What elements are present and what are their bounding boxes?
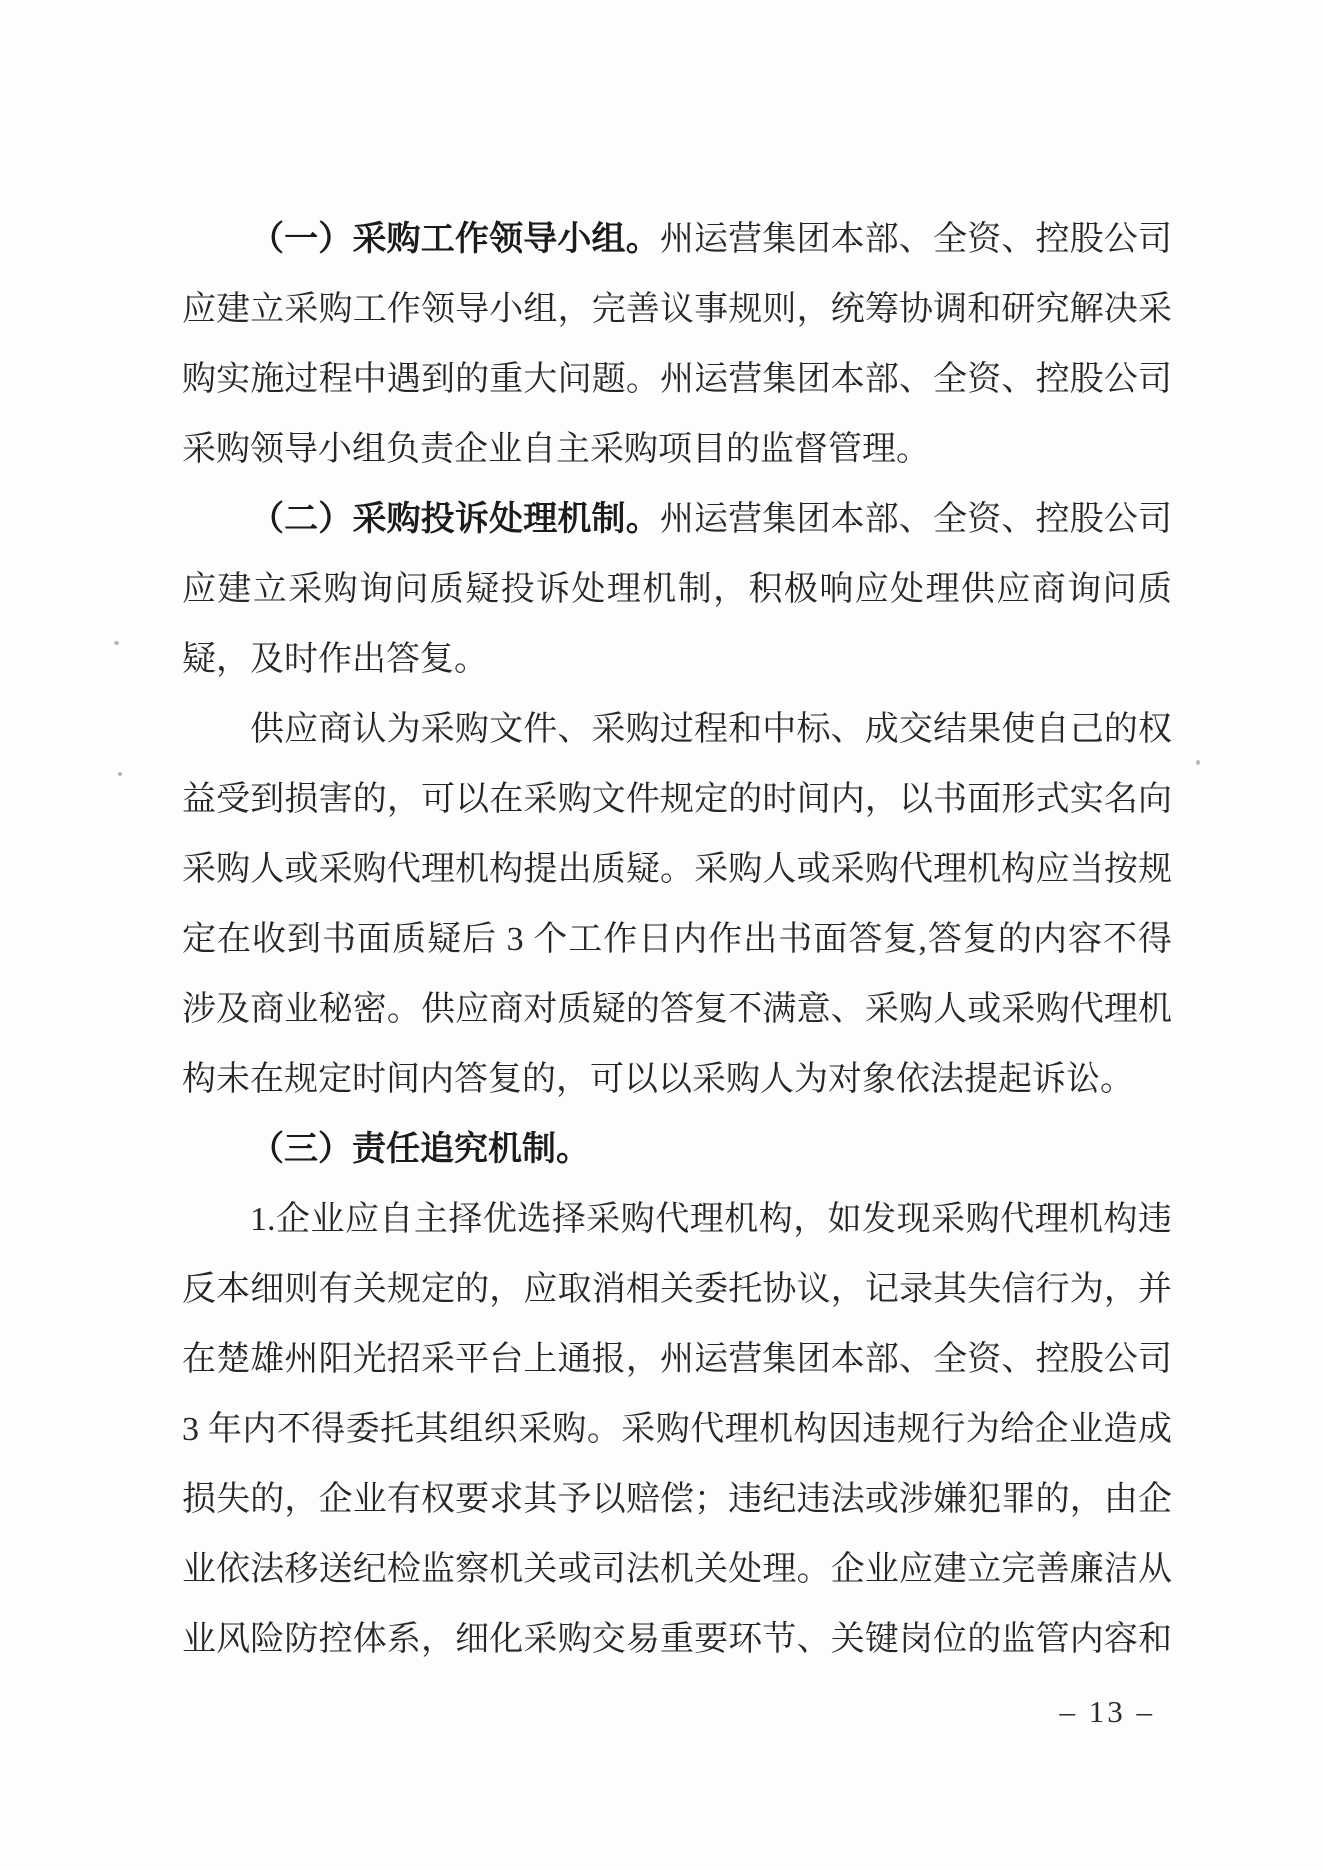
text-line: 业风险防控体系，细化采购交易重要环节、关键岗位的监管内容和 <box>182 1605 1172 1675</box>
text-line: 疑，及时作出答复。 <box>182 625 1172 695</box>
body-text-run: 业风险防控体系，细化采购交易重要环节、关键岗位的监管内容和 <box>182 1621 1172 1658</box>
body-text-run: 采购人或采购代理机构提出质疑。采购人或采购代理机构应当按规 <box>182 851 1172 888</box>
text-line: 益受到损害的，可以在采购文件规定的时间内，以书面形式实名向 <box>182 765 1172 835</box>
text-line: （二）采购投诉处理机制。州运营集团本部、全资、控股公司 <box>182 485 1172 555</box>
text-line: 应建立采购工作领导小组，完善议事规则，统筹协调和研究解决采 <box>182 275 1172 345</box>
text-line: 3 年内不得委托其组织采购。采购代理机构因违规行为给企业造成 <box>182 1395 1172 1465</box>
body-text-run: 应建立采购询问质疑投诉处理机制，积极响应处理供应商询问质 <box>182 571 1172 608</box>
body-text-run: 构未在规定时间内答复的，可以以采购人为对象依法提起诉讼。 <box>182 1061 1134 1098</box>
section-heading-run: （一）采购工作领导小组。 <box>250 221 660 258</box>
body-text-run: 州运营集团本部、全资、控股公司 <box>660 221 1172 258</box>
body-text-run: 涉及商业秘密。供应商对质疑的答复不满意、采购人或采购代理机 <box>182 991 1172 1028</box>
body-text-run: 业依法移送纪检监察机关或司法机关处理。企业应建立完善廉洁从 <box>182 1551 1172 1588</box>
body-text-run: 州运营集团本部、全资、控股公司 <box>660 501 1172 538</box>
scan-speck <box>1196 760 1200 765</box>
text-line: 反本细则有关规定的，应取消相关委托协议，记录其失信行为，并 <box>182 1255 1172 1325</box>
text-line: 构未在规定时间内答复的，可以以采购人为对象依法提起诉讼。 <box>182 1045 1172 1115</box>
body-text-run: 1.企业应自主择优选择采购代理机构，如发现采购代理机构违 <box>250 1201 1172 1238</box>
text-line: （一）采购工作领导小组。州运营集团本部、全资、控股公司 <box>182 205 1172 275</box>
text-line: 业依法移送纪检监察机关或司法机关处理。企业应建立完善廉洁从 <box>182 1535 1172 1605</box>
section-heading-run: （三）责任追究机制。 <box>250 1131 590 1168</box>
text-line: 购实施过程中遇到的重大问题。州运营集团本部、全资、控股公司 <box>182 345 1172 415</box>
text-line: 在楚雄州阳光招采平台上通报，州运营集团本部、全资、控股公司 <box>182 1325 1172 1395</box>
text-line: 1.企业应自主择优选择采购代理机构，如发现采购代理机构违 <box>182 1185 1172 1255</box>
scan-speck <box>114 641 119 645</box>
body-text-run: 3 年内不得委托其组织采购。采购代理机构因违规行为给企业造成 <box>182 1411 1172 1448</box>
scan-speck <box>118 772 122 776</box>
text-line: 定在收到书面质疑后 3 个工作日内作出书面答复,答复的内容不得 <box>182 905 1172 975</box>
page-number: – 13 – <box>1060 1692 1156 1732</box>
body-text-run: 采购领导小组负责企业自主采购项目的监督管理。 <box>182 431 930 468</box>
text-line: 应建立采购询问质疑投诉处理机制，积极响应处理供应商询问质 <box>182 555 1172 625</box>
body-text-run: 购实施过程中遇到的重大问题。州运营集团本部、全资、控股公司 <box>182 361 1172 398</box>
body-text-run: 定在收到书面质疑后 3 个工作日内作出书面答复,答复的内容不得 <box>182 921 1172 958</box>
text-line: 供应商认为采购文件、采购过程和中标、成交结果使自己的权 <box>182 695 1172 765</box>
document-body: （一）采购工作领导小组。州运营集团本部、全资、控股公司 应建立采购工作领导小组，… <box>182 205 1172 1675</box>
text-line: 采购人或采购代理机构提出质疑。采购人或采购代理机构应当按规 <box>182 835 1172 905</box>
text-line: 损失的，企业有权要求其予以赔偿；违纪违法或涉嫌犯罪的，由企 <box>182 1465 1172 1535</box>
body-text-run: 供应商认为采购文件、采购过程和中标、成交结果使自己的权 <box>250 711 1172 748</box>
text-line: （三）责任追究机制。 <box>182 1115 1172 1185</box>
scanned-document-page: （一）采购工作领导小组。州运营集团本部、全资、控股公司 应建立采购工作领导小组，… <box>0 0 1323 1870</box>
body-text-run: 损失的，企业有权要求其予以赔偿；违纪违法或涉嫌犯罪的，由企 <box>182 1481 1172 1518</box>
body-text-run: 应建立采购工作领导小组，完善议事规则，统筹协调和研究解决采 <box>182 291 1172 328</box>
body-text-run: 疑，及时作出答复。 <box>182 641 488 678</box>
text-line: 采购领导小组负责企业自主采购项目的监督管理。 <box>182 415 1172 485</box>
body-text-run: 反本细则有关规定的，应取消相关委托协议，记录其失信行为，并 <box>182 1271 1172 1308</box>
body-text-run: 益受到损害的，可以在采购文件规定的时间内，以书面形式实名向 <box>182 781 1172 818</box>
section-heading-run: （二）采购投诉处理机制。 <box>250 501 660 538</box>
text-line: 涉及商业秘密。供应商对质疑的答复不满意、采购人或采购代理机 <box>182 975 1172 1045</box>
body-text-run: 在楚雄州阳光招采平台上通报，州运营集团本部、全资、控股公司 <box>182 1341 1172 1378</box>
